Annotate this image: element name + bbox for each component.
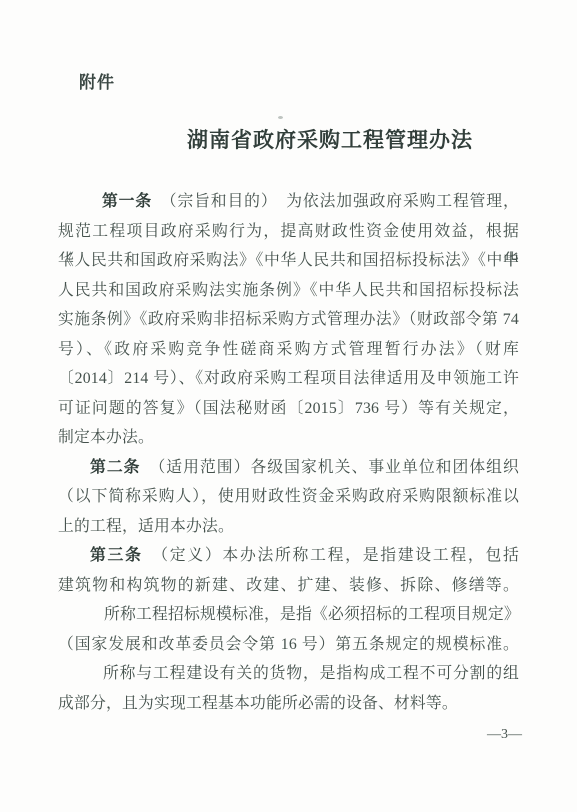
line-text: 所称与工程建设有关的货物，是指构成工程不可分割的组 bbox=[103, 665, 519, 682]
line-text: （宗旨和目的） 为依法加强政府采购工程管理， bbox=[152, 193, 519, 210]
scan-smudge bbox=[278, 116, 283, 119]
line-text: 建筑物和构筑物的新建、改建、扩建、装修、拆除、修缮等。 bbox=[58, 577, 519, 594]
line-text: （适用范围）各级国家机关、事业单位和团体组织 bbox=[141, 459, 519, 476]
document-line: 〔2014〕214 号）、《对政府采购工程项目法律适用及申领施工许 bbox=[58, 364, 519, 394]
page-number: —3— bbox=[487, 727, 522, 743]
document-line: 第二条 （适用范围）各级国家机关、事业单位和团体组织 bbox=[58, 453, 519, 483]
line-text: 〔2014〕214 号）、《对政府采购工程项目法律适用及申领施工许 bbox=[58, 370, 519, 387]
document-line: 制定本办法。 bbox=[58, 423, 519, 453]
line-text: 实施条例》《政府采购非招标采购方式管理办法》（财政部令第 74 bbox=[58, 311, 519, 328]
document-line: 建筑物和构筑物的新建、改建、扩建、装修、拆除、修缮等。 bbox=[58, 571, 519, 601]
document-line: 所称与工程建设有关的货物，是指构成工程不可分割的组 bbox=[58, 659, 519, 689]
document-line: 可证问题的答复》（国法秘财函〔2015〕736 号）等有关规定， bbox=[58, 394, 519, 424]
article-number: 第二条 bbox=[90, 459, 141, 476]
article-number: 第三条 bbox=[90, 547, 143, 564]
document-line: 人民共和国政府采购法实施条例》《中华人民共和国招标投标法 bbox=[58, 276, 519, 306]
document-line: 第一条 （宗旨和目的） 为依法加强政府采购工程管理， bbox=[58, 187, 519, 217]
document-line: 成部分，且为实现工程基本功能所必需的设备、材料等。 bbox=[58, 689, 519, 719]
line-text: 可证问题的答复》（国法秘财函〔2015〕736 号）等有关规定， bbox=[58, 400, 519, 417]
line-text: 所称工程招标规模标准，是指《必须招标的工程项目规定》 bbox=[104, 606, 520, 623]
line-text: （定义）本办法所称工程，是指建设工程，包括 bbox=[143, 547, 519, 564]
line-text: 华人民共和国政府采购法》《中华人民共和国招标投标法》《中华 bbox=[58, 252, 519, 269]
document-line: 第三条 （定义）本办法所称工程，是指建设工程，包括 bbox=[58, 541, 519, 571]
line-text: （国家发展和改革委员会令第 16 号）第五条规定的规模标准。 bbox=[58, 636, 519, 653]
document-line: 华人民共和国政府采购法》《中华人民共和国招标投标法》《中华 bbox=[58, 246, 519, 276]
line-text: 上的工程，适用本办法。 bbox=[58, 518, 234, 535]
document-title: 湖南省政府采购工程管理办法 bbox=[187, 124, 473, 154]
article-number: 第一条 bbox=[102, 193, 152, 210]
attachment-label: 附件 bbox=[79, 68, 115, 93]
line-text: 号）、《政府采购竞争性磋商采购方式管理暂行办法》（财库 bbox=[58, 341, 519, 358]
document-line: 实施条例》《政府采购非招标采购方式管理办法》（财政部令第 74 bbox=[58, 305, 519, 335]
document-line: 号）、《政府采购竞争性磋商采购方式管理暂行办法》（财库 bbox=[58, 335, 519, 365]
document-line: 所称工程招标规模标准，是指《必须招标的工程项目规定》 bbox=[58, 600, 519, 630]
line-text: 成部分，且为实现工程基本功能所必需的设备、材料等。 bbox=[58, 695, 458, 712]
document-line: 上的工程，适用本办法。 bbox=[58, 512, 519, 542]
document-line: 规范工程项目政府采购行为，提高财政性资金使用效益，根据《中 bbox=[58, 217, 519, 247]
line-text: 制定本办法。 bbox=[58, 429, 154, 446]
document-line: （以下简称采购人），使用财政性资金采购政府采购限额标准以 bbox=[58, 482, 519, 512]
document-body: 第一条 （宗旨和目的） 为依法加强政府采购工程管理，规范工程项目政府采购行为，提… bbox=[58, 187, 519, 718]
line-text: （以下简称采购人），使用财政性资金采购政府采购限额标准以 bbox=[58, 488, 519, 505]
document-line: （国家发展和改革委员会令第 16 号）第五条规定的规模标准。 bbox=[58, 630, 519, 660]
scanned-document-page: 附件 湖南省政府采购工程管理办法 第一条 （宗旨和目的） 为依法加强政府采购工程… bbox=[0, 0, 577, 812]
line-text: 人民共和国政府采购法实施条例》《中华人民共和国招标投标法 bbox=[58, 282, 519, 299]
